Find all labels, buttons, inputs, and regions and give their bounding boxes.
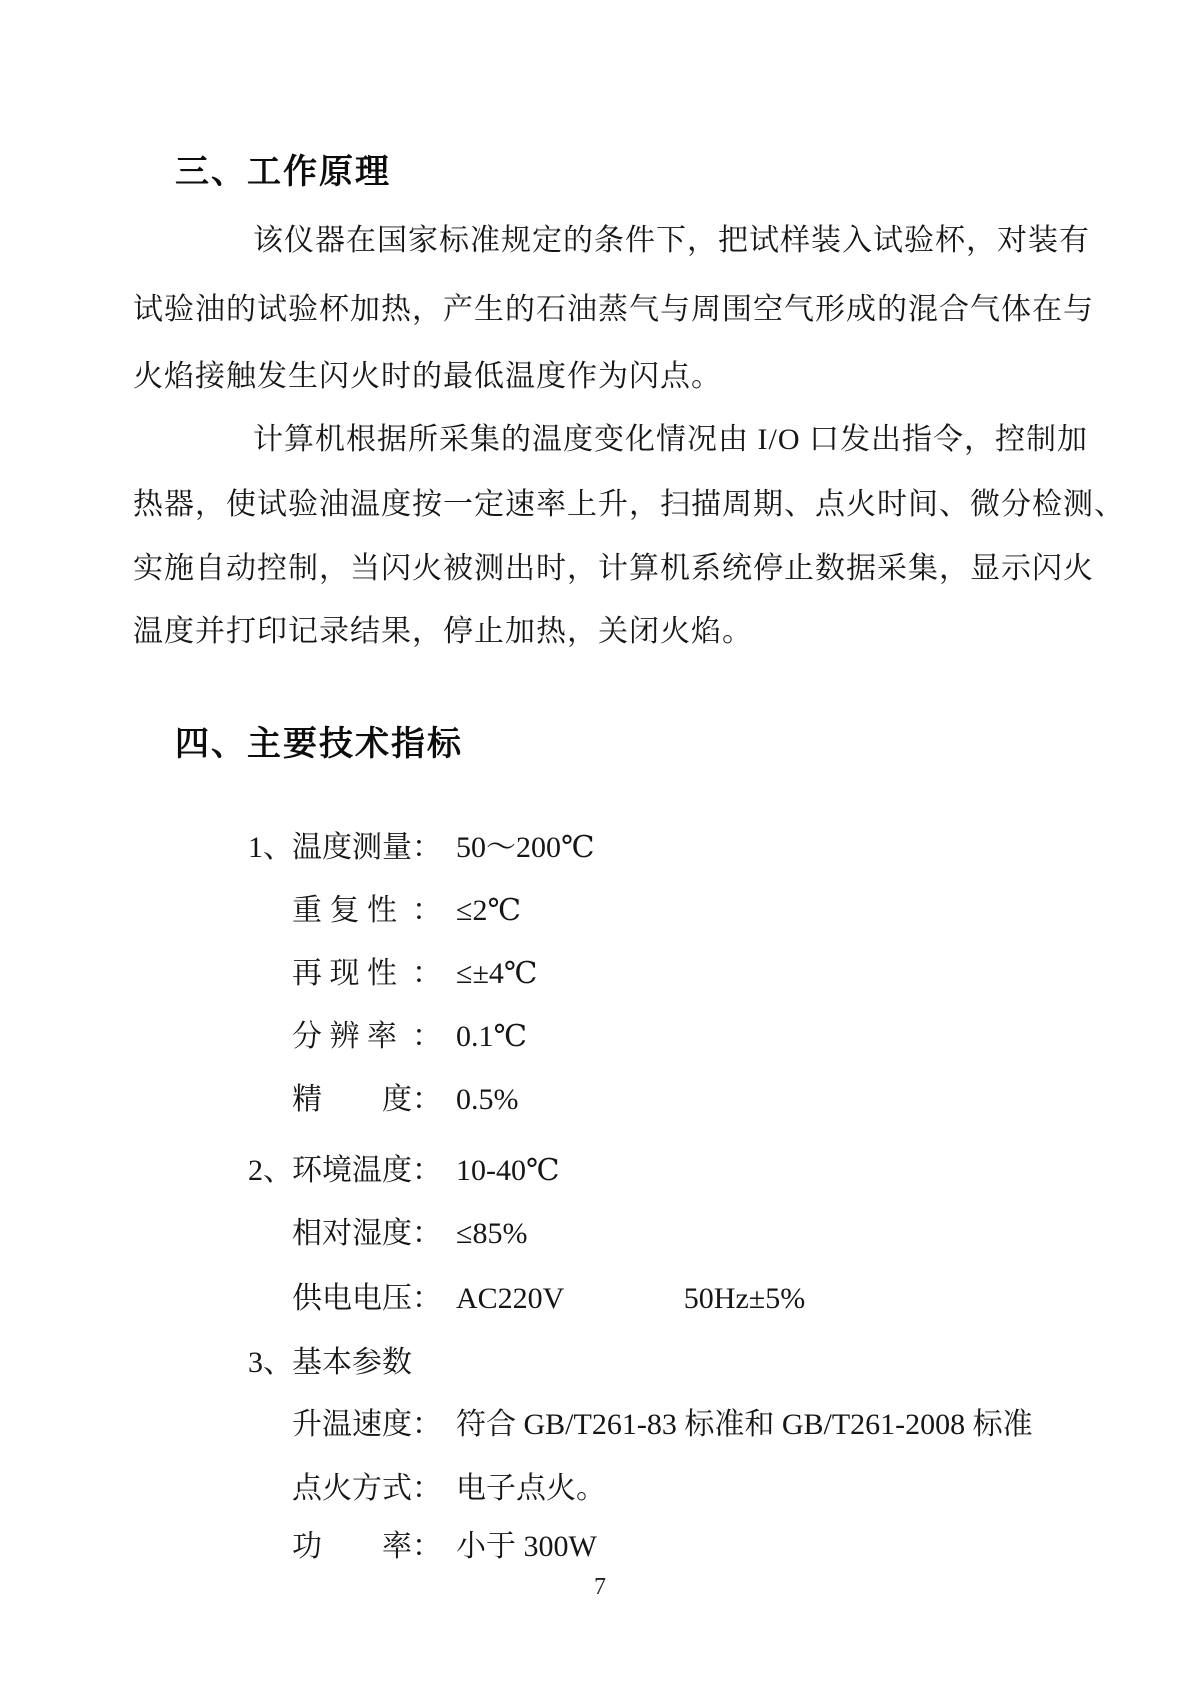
spec-value: 0.5% <box>442 1083 519 1116</box>
paragraph-line: 试验油的试验杯加热，产生的石油蒸气与周围空气形成的混合气体在与 <box>133 290 1094 330</box>
spec-colon: ： <box>412 1530 442 1563</box>
page-number: 7 <box>0 1572 1200 1602</box>
document-page: 三、工作原理 该仪器在国家标准规定的条件下，把试样装入试验杯，对装有 试验油的试… <box>0 0 1200 1697</box>
section-3-heading: 三、工作原理 <box>175 152 391 192</box>
paragraph-line: 温度并打印记录结果，停止加热，关闭火焰。 <box>133 612 753 652</box>
paragraph-line: 该仪器在国家标准规定的条件下，把试样装入试验杯，对装有 <box>133 221 1090 261</box>
spec-value: 小于 300W <box>442 1530 597 1563</box>
paragraph-line: 计算机根据所采集的温度变化情况由 I/O 口发出指令，控制加 <box>133 420 1088 460</box>
spec-value: AC220V 50Hz±5% <box>442 1282 805 1315</box>
section-4-heading: 四、主要技术指标 <box>175 724 463 764</box>
paragraph-line: 火焰接触发生闪火时的最低温度作为闪点。 <box>133 357 722 397</box>
paragraph-line: 热器，使试验油温度按一定速率上升，扫描周期、点火时间、微分检测、 <box>133 485 1125 525</box>
spec-label: 功 率 <box>292 1528 412 1566</box>
paragraph-line: 实施自动控制，当闪火被测出时，计算机系统停止数据采集，显示闪火 <box>133 549 1094 589</box>
spec-colon: ： <box>412 1083 442 1116</box>
